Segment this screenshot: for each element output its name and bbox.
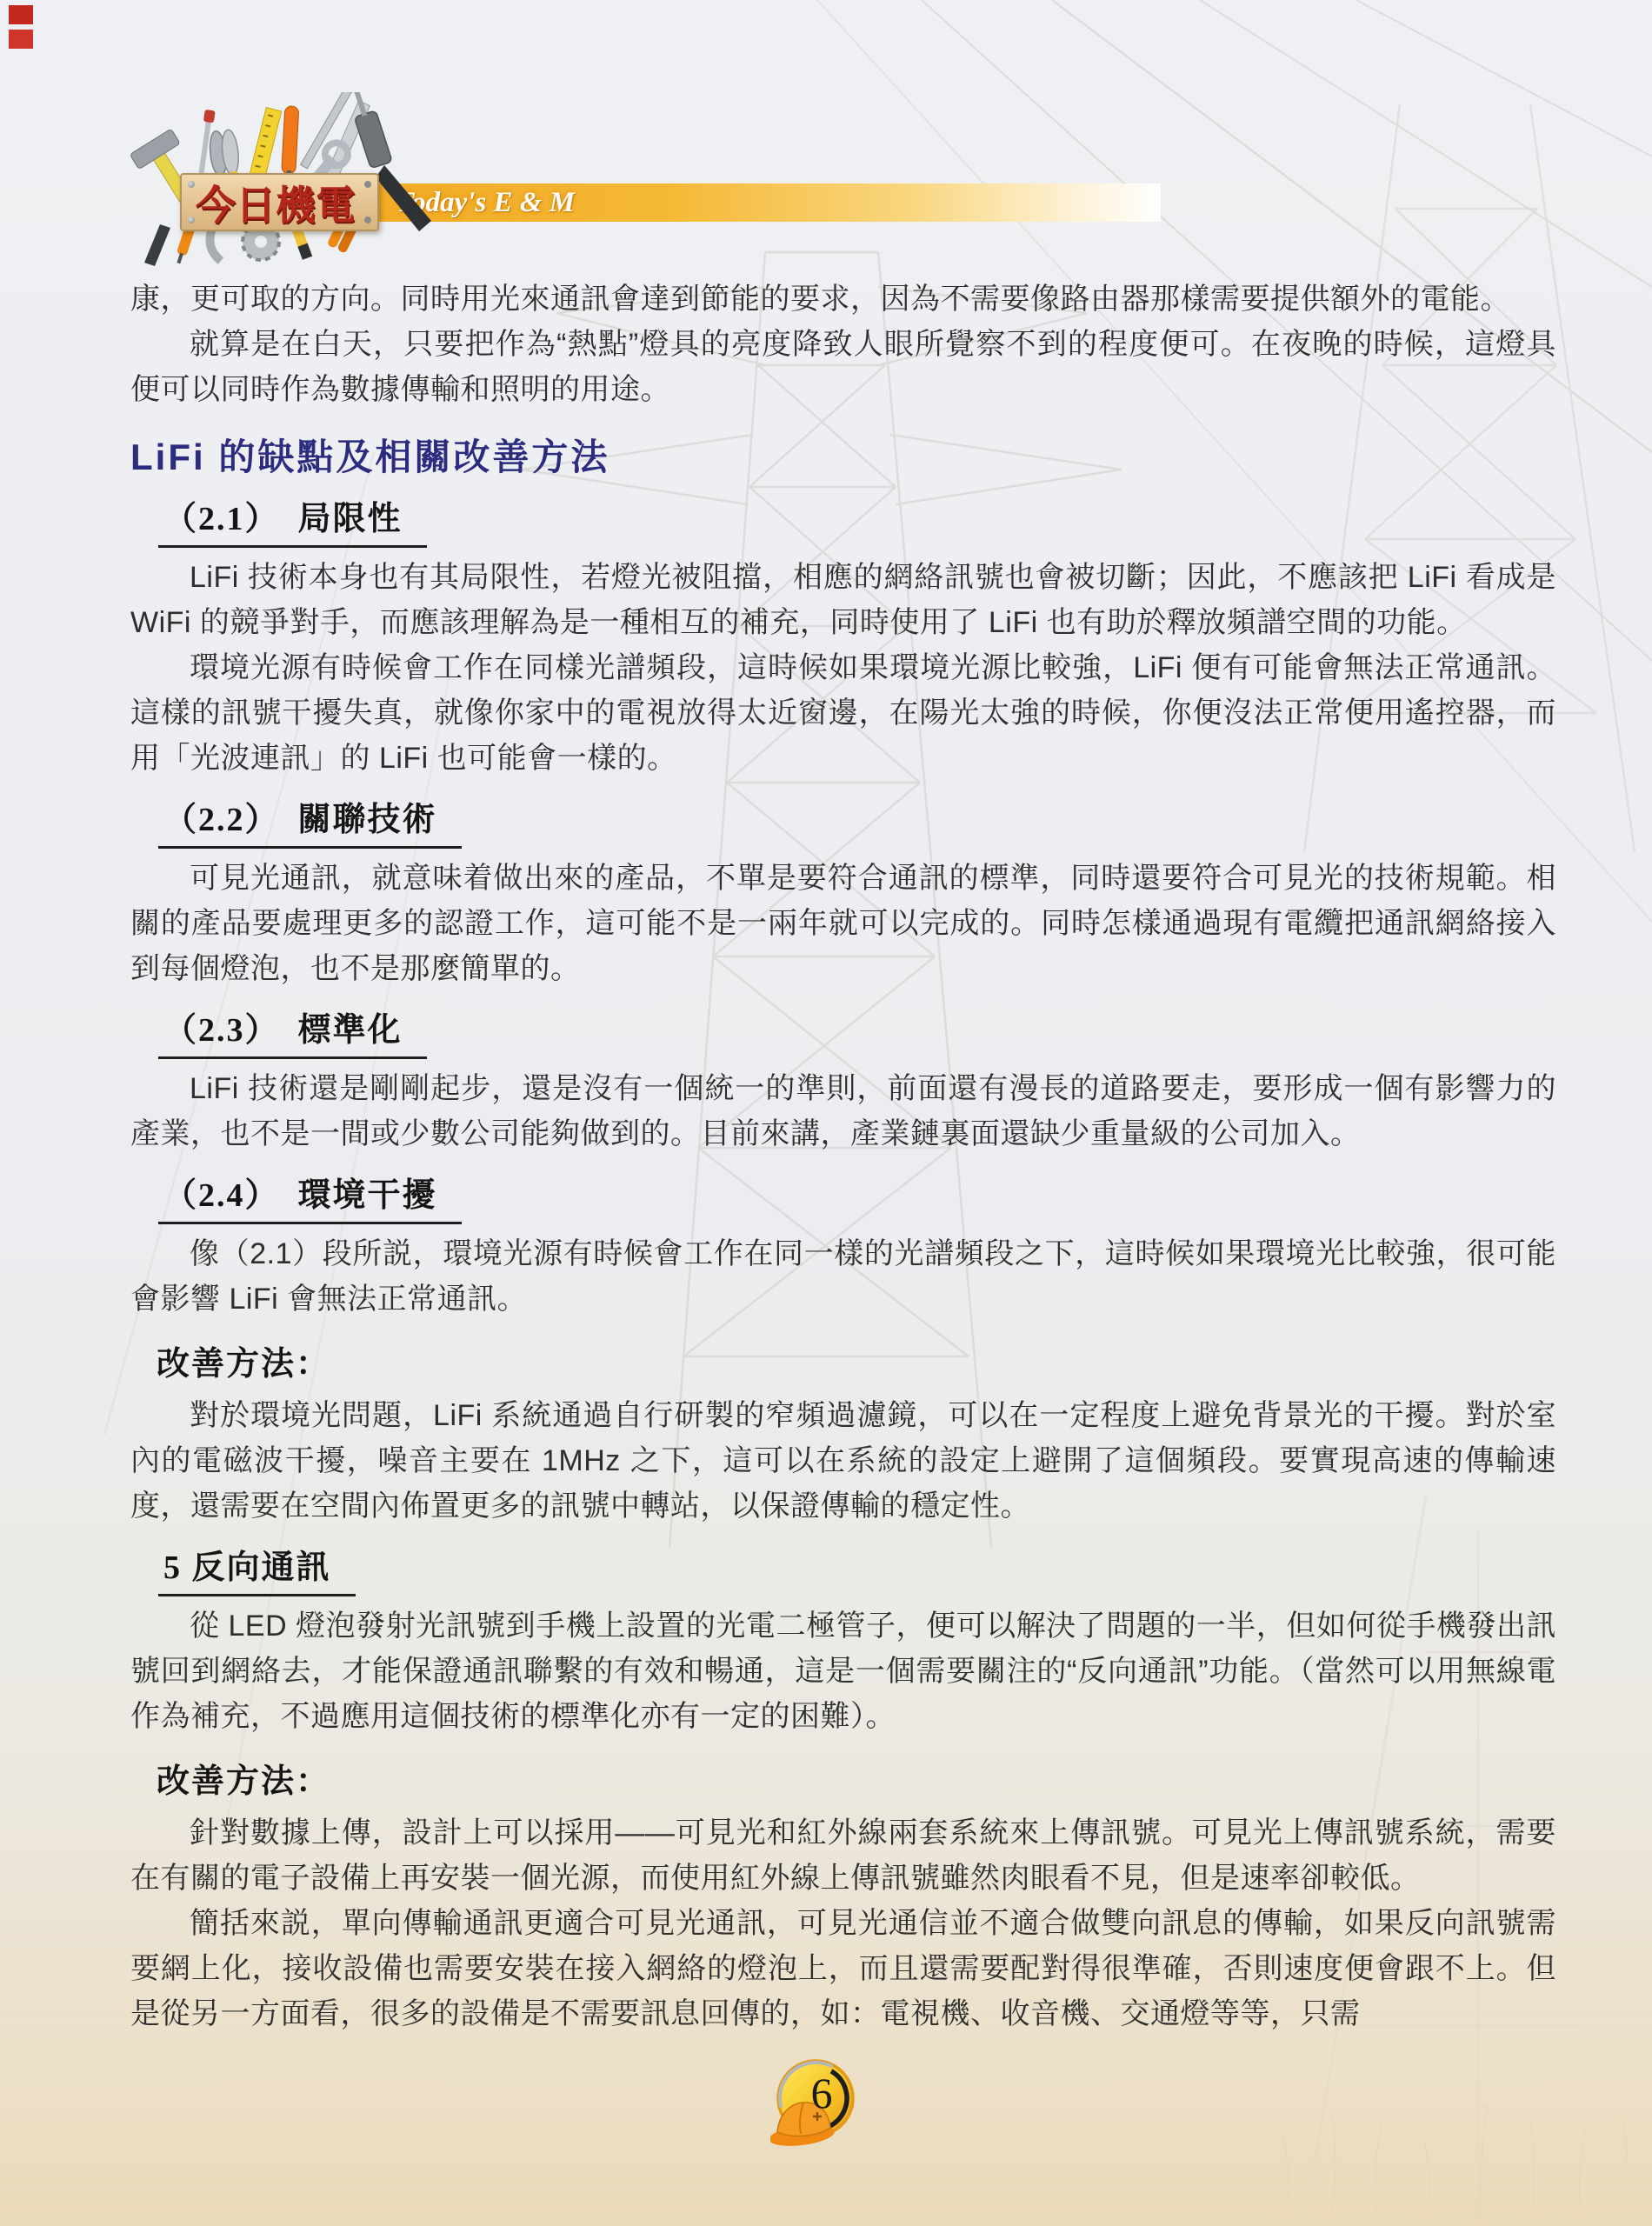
page-number: 6 xyxy=(807,2068,836,2118)
paragraph: 對於環境光問題，LiFi 系統通過自行研製的窄頻過濾鏡，可以在一定程度上避免背景… xyxy=(130,1393,1556,1529)
corner-red-mark xyxy=(9,30,33,49)
paragraph: 環境光源有時候會工作在同樣光譜頻段，這時候如果環境光源比較強，LiFi 便有可能… xyxy=(130,645,1556,781)
paragraph: 像（2.1）段所説，環境光源有時候會工作在同一樣的光譜頻段之下，這時候如果環境光… xyxy=(130,1231,1556,1322)
subsection-heading-reverse-comm: 5 反向通訊 xyxy=(158,1550,356,1596)
header-banner: Today's E & M xyxy=(374,183,1161,222)
paragraph: 從 LED 燈泡發射光訊號到手機上設置的光電二極管子，便可以解決了問題的一半，但… xyxy=(130,1603,1556,1739)
paragraph: LiFi 技術本身也有其局限性，若燈光被阻擋，相應的網絡訊號也會被切斷；因此，不… xyxy=(130,555,1556,645)
subsection-heading-2-3: （2.3） 標準化 xyxy=(158,1012,427,1059)
paragraph: 可見光通訊，就意味着做出來的產品，不單是要符合通訊的標準，同時還要符合可見光的技… xyxy=(130,856,1556,991)
magazine-logo-sign: 今日機電 xyxy=(180,173,379,231)
paragraph: 就算是在白天，只要把作為“熱點”燈具的亮度降致人眼所覺察不到的程度便可。在夜晚的… xyxy=(130,322,1556,412)
paragraph: 康，更可取的方向。同時用光來通訊會達到節能的要求，因為不需要像路由器那樣需要提供… xyxy=(130,277,1556,322)
section-title-lifi-drawbacks: LiFi 的缺點及相關改善方法 xyxy=(130,435,1556,480)
article-body: 康，更可取的方向。同時用光來通訊會達到節能的要求，因為不需要像路由器那樣需要提供… xyxy=(130,277,1556,2036)
improvement-heading: 改善方法： xyxy=(157,1343,1556,1386)
magazine-page: 今日機電 Today's E & M 康，更可取的方向。同時用光來通訊會達到節能… xyxy=(0,0,1652,2226)
paragraph: LiFi 技術還是剛剛起步，還是沒有一個統一的準則，前面還有漫長的道路要走，要形… xyxy=(130,1066,1556,1156)
improvement-heading: 改善方法： xyxy=(157,1760,1556,1803)
paragraph: 簡括來説，單向傳輸通訊更適合可見光通訊，可見光通信並不適合做雙向訊息的傳輸，如果… xyxy=(130,1901,1556,2036)
page-number-badge: 6 xyxy=(770,2059,868,2156)
subsection-heading-2-2: （2.2） 關聯技術 xyxy=(158,802,462,849)
subsection-heading-2-1: （2.1） 局限性 xyxy=(158,501,427,548)
paragraph: 針對數據上傳，設計上可以採用——可見光和紅外線兩套系統來上傳訊號。可見光上傳訊號… xyxy=(130,1810,1556,1901)
subsection-heading-2-4: （2.4） 環境干擾 xyxy=(158,1177,462,1224)
corner-red-mark xyxy=(9,5,33,24)
magazine-logo-text: 今日機電 xyxy=(182,175,377,230)
